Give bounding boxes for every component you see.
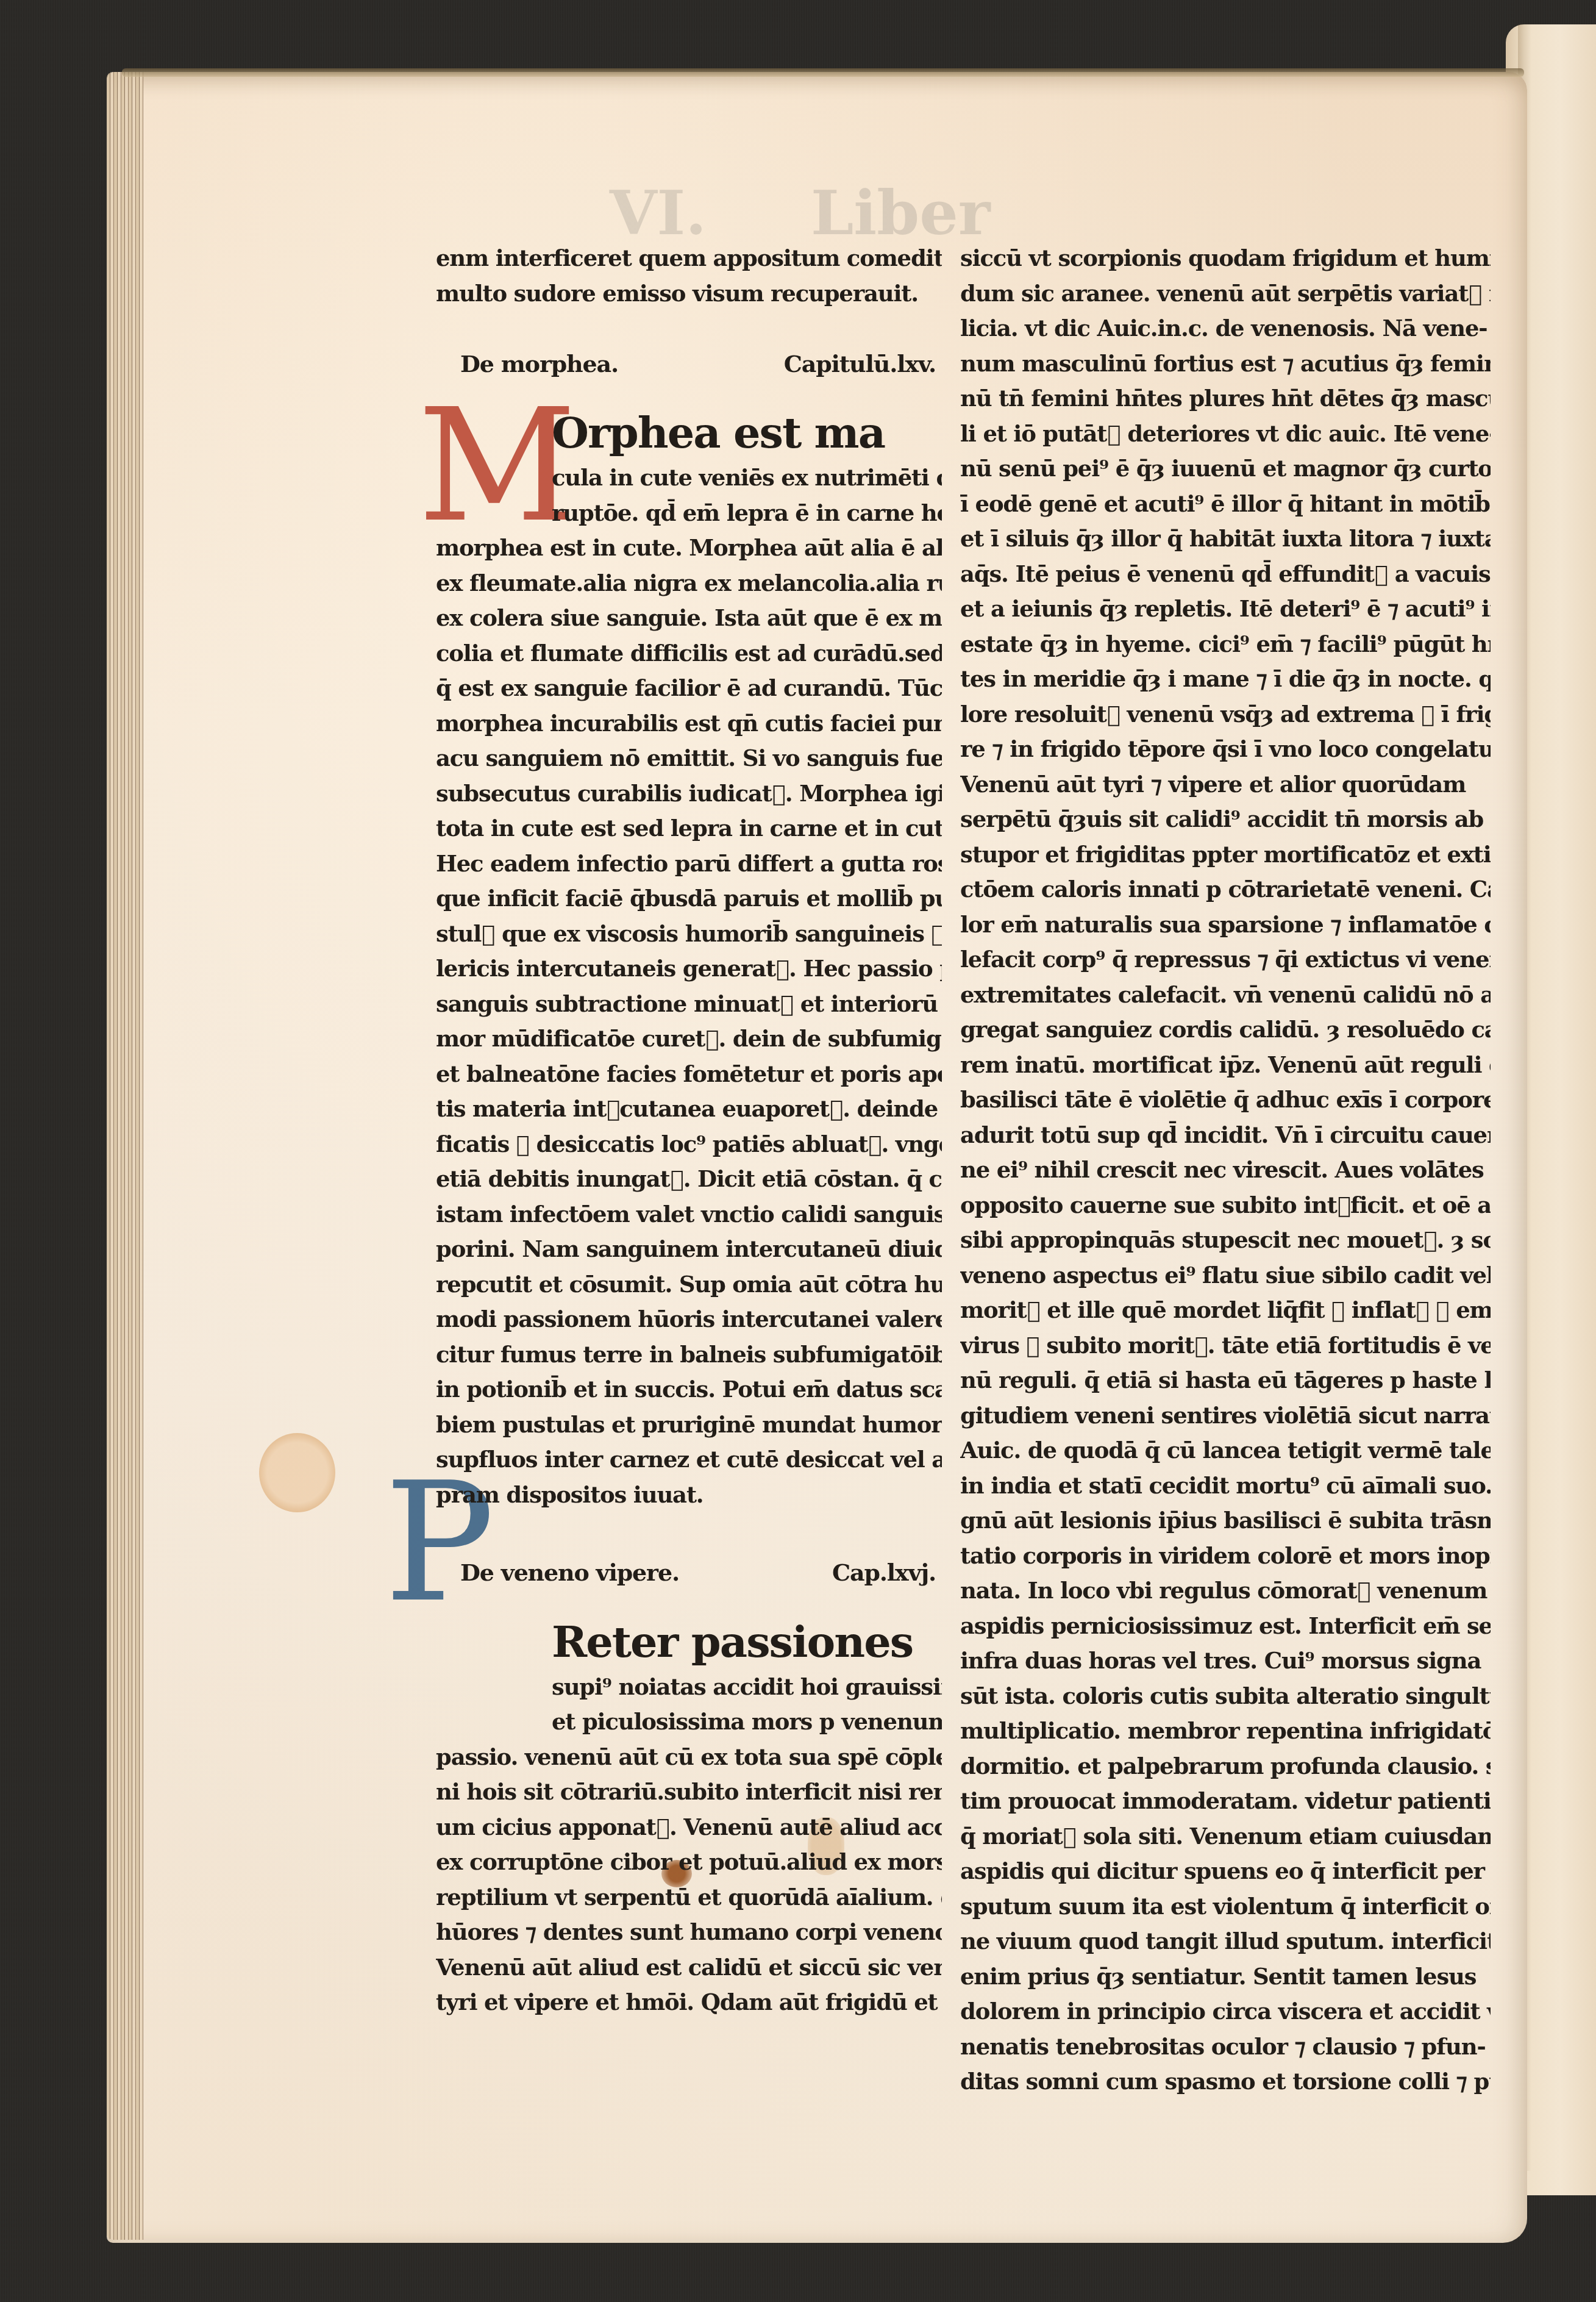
text-line: ficatis ⁊ desiccatis loc⁹ patiēs abluat᷑…: [436, 1127, 942, 1162]
text-line: et balneatōne facies fomētetur et poris …: [436, 1057, 942, 1092]
text-line: ne viuum quod tangit illud sputum. inter…: [960, 1924, 1491, 1959]
text-line: lor em̄ naturalis sua sparsione ⁊ inflam…: [960, 907, 1491, 943]
text-line: licia. vt dic Auic.in.c. de venenosis. N…: [960, 311, 1491, 346]
text-line: nū reguli. q̄ etiā si hasta eū tāgeres p…: [960, 1363, 1491, 1398]
text-line: et ī siluis q̄ȝ illor q̄ habitāt iuxta l…: [960, 521, 1491, 557]
text-line: lericis intercutaneis generat᷑. Hec pass…: [436, 951, 942, 987]
text-line: dormitio. et palpebrarum profunda clausi…: [960, 1749, 1491, 1784]
text-line: infra duas horas vel tres. Cui⁹ morsus s…: [960, 1643, 1491, 1679]
text-line: stul᷑ que ex viscosis humorib̄ sanguinei…: [436, 917, 942, 952]
text-line: et a ieiunis q̄ȝ repletis. Itē deteri⁹ ē…: [960, 592, 1491, 627]
chapter-heading-66: De veneno vipere. Cap.lxvj.: [436, 1555, 942, 1590]
text-line: enm interficeret quem appositum comedit …: [436, 241, 942, 276]
text-line: tim prouocat immoderatam. videtur patien…: [960, 1784, 1491, 1819]
text-line: q̄ est ex sanguie facilior ē ad curandū.…: [436, 671, 942, 706]
page-stack-edges: [107, 72, 143, 2240]
text-line: ī eodē genē et acuti⁹ ē illor q̄ hitant …: [960, 487, 1491, 522]
text-line: dum sic aranee. venenū aūt serpētis vari…: [960, 276, 1491, 312]
text-line: extremitates calefacit. vn̄ venenū calid…: [960, 978, 1491, 1013]
text-line: passio. venenū aūt cū ex tota sua spē cō…: [436, 1740, 942, 1775]
text-line: ctōem caloris innati p cōtrarietatē vene…: [960, 872, 1491, 907]
text-line: subsecutus curabilis iudicat᷑. Morphea i…: [436, 776, 942, 812]
text-line: ex colera siue sanguie. Ista aūt que ē e…: [436, 601, 942, 636]
text-line: lefacit corp⁹ q̄ repressus ⁊ q̄i extictu…: [960, 942, 1491, 978]
text-line: pram dispositos iuuat.: [436, 1478, 942, 1513]
text-line: ruptōe. qd̄ em̄ lepra ē in carne hoc: [436, 496, 942, 531]
text-line: serpētū q̄ȝuis sit calidi⁹ accidit tn̄ m…: [960, 802, 1491, 837]
chapter-title: De morphea.: [460, 346, 618, 382]
text-line: gitudiem veneni sentires violētiā sicut …: [960, 1398, 1491, 1434]
text-line: nata. In loco vbi regulus cōmorat᷑ venen…: [960, 1573, 1491, 1609]
text-line: ex fleumate.alia nigra ex melancolia.ali…: [436, 566, 942, 601]
text-line: tes in meridie q̄ȝ i mane ⁊ ī die q̄ȝ in…: [960, 662, 1491, 697]
text-line: adurit totū sup qd̄ incidit. Vn̄ ī circu…: [960, 1118, 1491, 1153]
text-line: sanguis subtractione minuat᷑ et interior…: [436, 987, 942, 1022]
text-line: et piculosissima mors p venenum ⁊: [436, 1704, 942, 1740]
text-line: porini. Nam sanguinem intercutaneū diuid…: [436, 1232, 942, 1267]
right-text-column: siccū vt scorpionis quodam frigidum et h…: [960, 241, 1491, 2100]
text-line: morphea est in cute. Morphea aūt alia ē …: [436, 531, 942, 566]
text-line: um cicius apponat᷑. Venenū autē aliud ac…: [436, 1810, 942, 1845]
text-line: Auic. de quodā q̄ cū lancea tetigit verm…: [960, 1433, 1491, 1468]
chapter-opening-words: Reter passiones: [436, 1615, 942, 1670]
text-line: nū senū pei⁹ ē q̄ȝ iuuenū et magnor q̄ȝ …: [960, 451, 1491, 487]
text-line: stupor et frigiditas ppter mortificatōz …: [960, 837, 1491, 873]
text-line: sūt ista. coloris cutis subita alteratio…: [960, 1679, 1491, 1714]
text-line: basilisci tāte ē violētie q̄ adhuc exīs …: [960, 1082, 1491, 1118]
text-line: ni hois sit cōtrariū.subito interficit n…: [436, 1775, 942, 1810]
show-through-folio-number: VI.: [610, 177, 707, 249]
chapter-heading-65: De morphea. Capitulū.lxv.: [436, 346, 942, 382]
text-line: enim prius q̄ȝ sentiatur. Sentit tamen l…: [960, 1959, 1491, 1995]
text-line: hūores ⁊ dentes sunt humano corpi veneno…: [436, 1915, 942, 1950]
left-text-column: enm interficeret quem appositum comedit …: [436, 241, 942, 2020]
text-line: lore resoluit᷑ venenū vsq̄ȝ ad extrema ⁊…: [960, 697, 1491, 732]
text-line: nū tn̄ femini hn̄tes plures hn̄t dētes q…: [960, 381, 1491, 416]
text-line: li et iō putāt᷑ deteriores vt dic auic. …: [960, 416, 1491, 452]
text-line: sputum suum ita est violentum q̄ interfi…: [960, 1889, 1491, 1925]
text-line: morphea incurabilis est qn̄ cutis faciei…: [436, 706, 942, 742]
text-line: ex corruptōne cibor et potuū.aliud ex mo…: [436, 1845, 942, 1880]
text-line: dolorem in principio circa viscera et ac…: [960, 1994, 1491, 2029]
text-line: sibi appropinquās stupescit nec mouet᷑. …: [960, 1223, 1491, 1258]
text-line: tis materia int᷑cutanea euaporet᷑. deind…: [436, 1092, 942, 1127]
text-line: q̄ moriat᷑ sola siti. Venenum etiam cuiu…: [960, 1819, 1491, 1854]
text-line: estate q̄ȝ in hyeme. cici⁹ em̄ ⁊ facili⁹…: [960, 627, 1491, 662]
page-top-edge: [122, 68, 1524, 77]
text-line: in potionib̄ et in succis. Potui em̄ dat…: [436, 1372, 942, 1407]
text-line: virus ⁊ subito morit᷑. tāte etiā fortitu…: [960, 1328, 1491, 1364]
text-line: multiplicatio. membror repentina infrigi…: [960, 1714, 1491, 1749]
text-line: cula in cute veniēs ex nutrimēti cor: [436, 460, 942, 496]
text-line: repcutit et cōsumit. Sup omia aūt cōtra …: [436, 1267, 942, 1303]
text-line: etiā debitis inungat᷑. Dicit etiā cōstan…: [436, 1162, 942, 1197]
text-line: opposito cauerne sue subito int᷑ficit. e…: [960, 1188, 1491, 1223]
show-through-running-head: Liber: [811, 177, 991, 249]
text-line: num masculinū fortius est ⁊ acutius q̄ȝ …: [960, 346, 1491, 382]
text-line: aspidis qui dicitur spuens eo q̄ interfi…: [960, 1854, 1491, 1889]
text-line: biem pustulas et pruriginē mundat humore…: [436, 1407, 942, 1443]
text-line: tota in cute est sed lepra in carne et i…: [436, 811, 942, 846]
text-line: tyri et vipere et hmōi. Qdam aūt frigidū…: [436, 1985, 942, 2020]
text-line: istam infectōem valet vnctio calidi sang…: [436, 1197, 942, 1232]
text-line: Venenū aūt tyri ⁊ vipere et alior quorūd…: [960, 767, 1491, 802]
text-line: nenatis tenebrositas oculor ⁊ clausio ⁊ …: [960, 2029, 1491, 2065]
text-line: supfluos inter carnez et cutē desiccat v…: [436, 1442, 942, 1478]
text-line: colia et flumate difficilis est ad curād…: [436, 636, 942, 671]
water-stain: [259, 1433, 335, 1512]
text-line: gregat sanguiez cordis calidū. ȝ resoluē…: [960, 1012, 1491, 1048]
text-line: Hec eadem infectio parū differt a gutta …: [436, 846, 942, 882]
text-line: reptilium vt serpentū et quorūdā aīalium…: [436, 1880, 942, 1915]
text-line: gnū aūt lesionis ip̄ius basilisci ē subi…: [960, 1503, 1491, 1539]
text-line: ne ei⁹ nihil crescit nec virescit. Aues …: [960, 1153, 1491, 1188]
text-line: ditas somni cum spasmo et torsione colli…: [960, 2064, 1491, 2100]
chapter-title: De veneno vipere.: [460, 1555, 679, 1590]
text-line: supi⁹ noiatas accidit hoi grauissima: [436, 1670, 942, 1705]
text-line: aq̄s. Itē peius ē venenū qd̄ effundit᷑ a…: [960, 557, 1491, 592]
text-line: que inficit faciē q̄busdā paruis et moll…: [436, 881, 942, 917]
text-line: in india et statī cecidit mortu⁹ cū aīma…: [960, 1468, 1491, 1504]
text-line: mor mūdificatōe curet᷑. dein de subfumig…: [436, 1021, 942, 1057]
text-line: morit᷑ et ille quē mordet liq̄fit ⁊ infl…: [960, 1293, 1491, 1328]
text-line: veneno aspectus ei⁹ flatu siue sibilo ca…: [960, 1258, 1491, 1293]
text-line: re ⁊ in frigido tēpore q̄si ī vno loco c…: [960, 732, 1491, 767]
text-line: siccū vt scorpionis quodam frigidum et h…: [960, 241, 1491, 276]
text-line: aspidis perniciosissimuz est. Interficit…: [960, 1609, 1491, 1644]
text-line: rem inatū. mortificat ip̄z. Venenū aūt r…: [960, 1048, 1491, 1083]
text-line: citur fumus terre in balneis subfumigatō…: [436, 1337, 942, 1373]
text-line: multo sudore emisso visum recuperauit.: [436, 276, 942, 312]
chapter-number: Capitulū.lxv.: [784, 346, 936, 382]
text-line: tatio corporis in viridem colorē et mors…: [960, 1539, 1491, 1574]
text-line: Venenū aūt aliud est calidū et siccū sic…: [436, 1950, 942, 1986]
chapter-opening-words: Orphea est ma: [436, 406, 942, 460]
chapter-number: Cap.lxvj.: [832, 1555, 936, 1590]
text-line: acu sanguiem nō emittit. Si vo sanguis f…: [436, 741, 942, 776]
text-line: modi passionem hūoris intercutanei valer…: [436, 1302, 942, 1337]
